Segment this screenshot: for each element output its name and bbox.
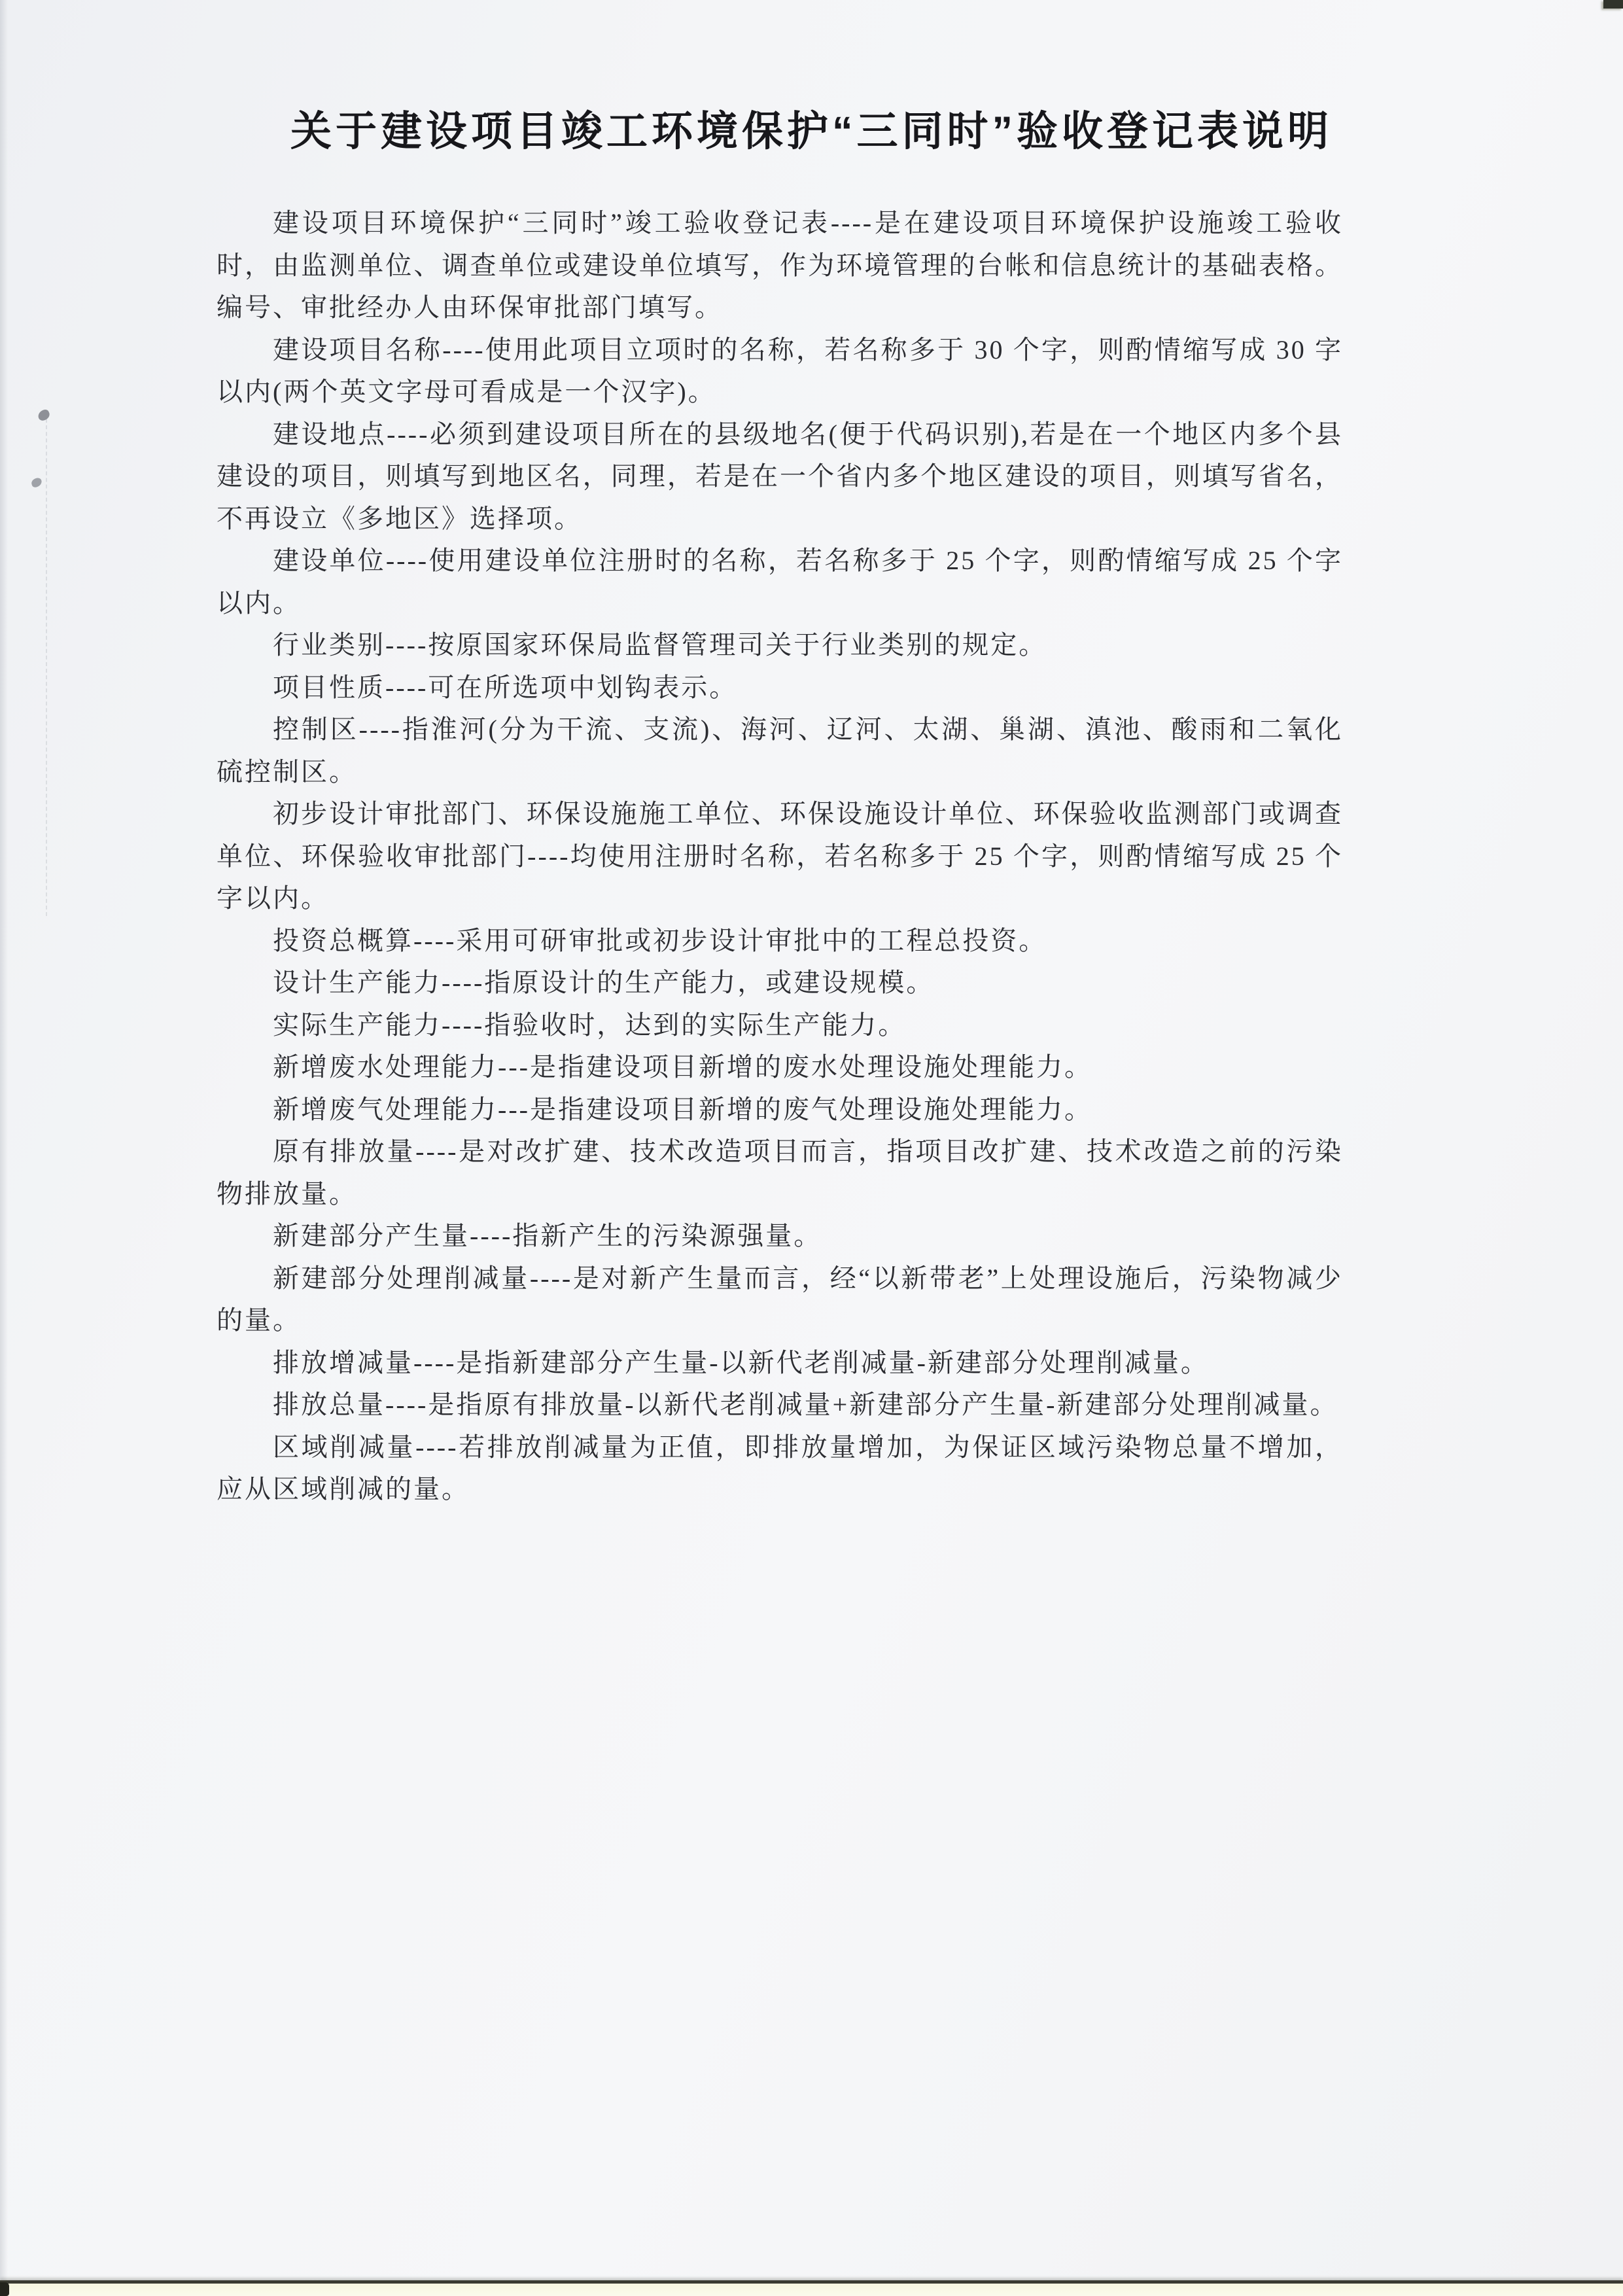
paragraph: 新增废水处理能力---是指建设项目新增的废水处理设施处理能力。 (217, 1046, 1343, 1089)
paragraph: 项目性质----可在所选项中划钩表示。 (217, 667, 1343, 709)
paragraph: 实际生产能力----指验收时，达到的实际生产能力。 (217, 1004, 1343, 1047)
paragraph: 控制区----指淮河(分为干流、支流)、海河、辽河、太湖、巢湖、滇池、酸雨和二氧… (217, 709, 1343, 793)
paragraph: 区域削减量----若排放削减量为正值，即排放量增加，为保证区域污染物总量不增加，… (217, 1426, 1343, 1511)
paragraph: 建设项目环境保护“三同时”竣工验收登记表----是在建设项目环境保护设施竣工验收… (217, 202, 1343, 329)
paragraph: 建设单位----使用建设单位注册时的名称，若名称多于 25 个字，则酌情缩写成 … (217, 540, 1343, 624)
scanner-bed-strip (0, 2284, 1623, 2296)
paragraph: 行业类别----按原国家环保局监督管理司关于行业类别的规定。 (217, 624, 1343, 667)
paragraph: 新增废气处理能力---是指建设项目新增的废气处理设施处理能力。 (217, 1089, 1343, 1131)
scan-corner-artifact (1603, 0, 1623, 9)
ink-smudge-icon (30, 477, 43, 489)
ink-smudge-icon (37, 408, 52, 422)
document-body: 建设项目环境保护“三同时”竣工验收登记表----是在建设项目环境保护设施竣工验收… (217, 202, 1343, 1511)
paragraph: 建设项目名称----使用此项目立项时的名称，若名称多于 30 个字，则酌情缩写成… (217, 329, 1343, 414)
paragraph: 排放总量----是指原有排放量-以新代老削减量+新建部分产生量-新建部分处理削减… (217, 1384, 1343, 1426)
paragraph: 设计生产能力----指原设计的生产能力，或建设规模。 (217, 962, 1343, 1004)
paragraph: 新建部分处理削减量----是对新产生量而言，经“以新带老”上处理设施后，污染物减… (217, 1258, 1343, 1342)
document-title: 关于建设项目竣工环境保护“三同时”验收登记表说明 (0, 98, 1623, 158)
paragraph: 初步设计审批部门、环保设施施工单位、环保设施设计单位、环保验收监测部门或调查单位… (217, 793, 1343, 920)
paper-fold-line (46, 419, 47, 916)
paragraph: 新建部分产生量----指新产生的污染源强量。 (217, 1215, 1343, 1258)
paragraph: 投资总概算----采用可研审批或初步设计审批中的工程总投资。 (217, 920, 1343, 963)
scanner-bed-corner-mark (0, 2282, 9, 2296)
scan-left-edge-shadow (0, 0, 8, 2296)
paragraph: 建设地点----必须到建设项目所在的县级地名(便于代码识别),若是在一个地区内多… (217, 414, 1343, 540)
paragraph: 排放增减量----是指新建部分产生量-以新代老削减量-新建部分处理削减量。 (217, 1342, 1343, 1385)
paragraph: 原有排放量----是对改扩建、技术改造项目而言，指项目改扩建、技术改造之前的污染… (217, 1131, 1343, 1215)
scanned-document-page: 关于建设项目竣工环境保护“三同时”验收登记表说明 建设项目环境保护“三同时”竣工… (0, 0, 1623, 2296)
